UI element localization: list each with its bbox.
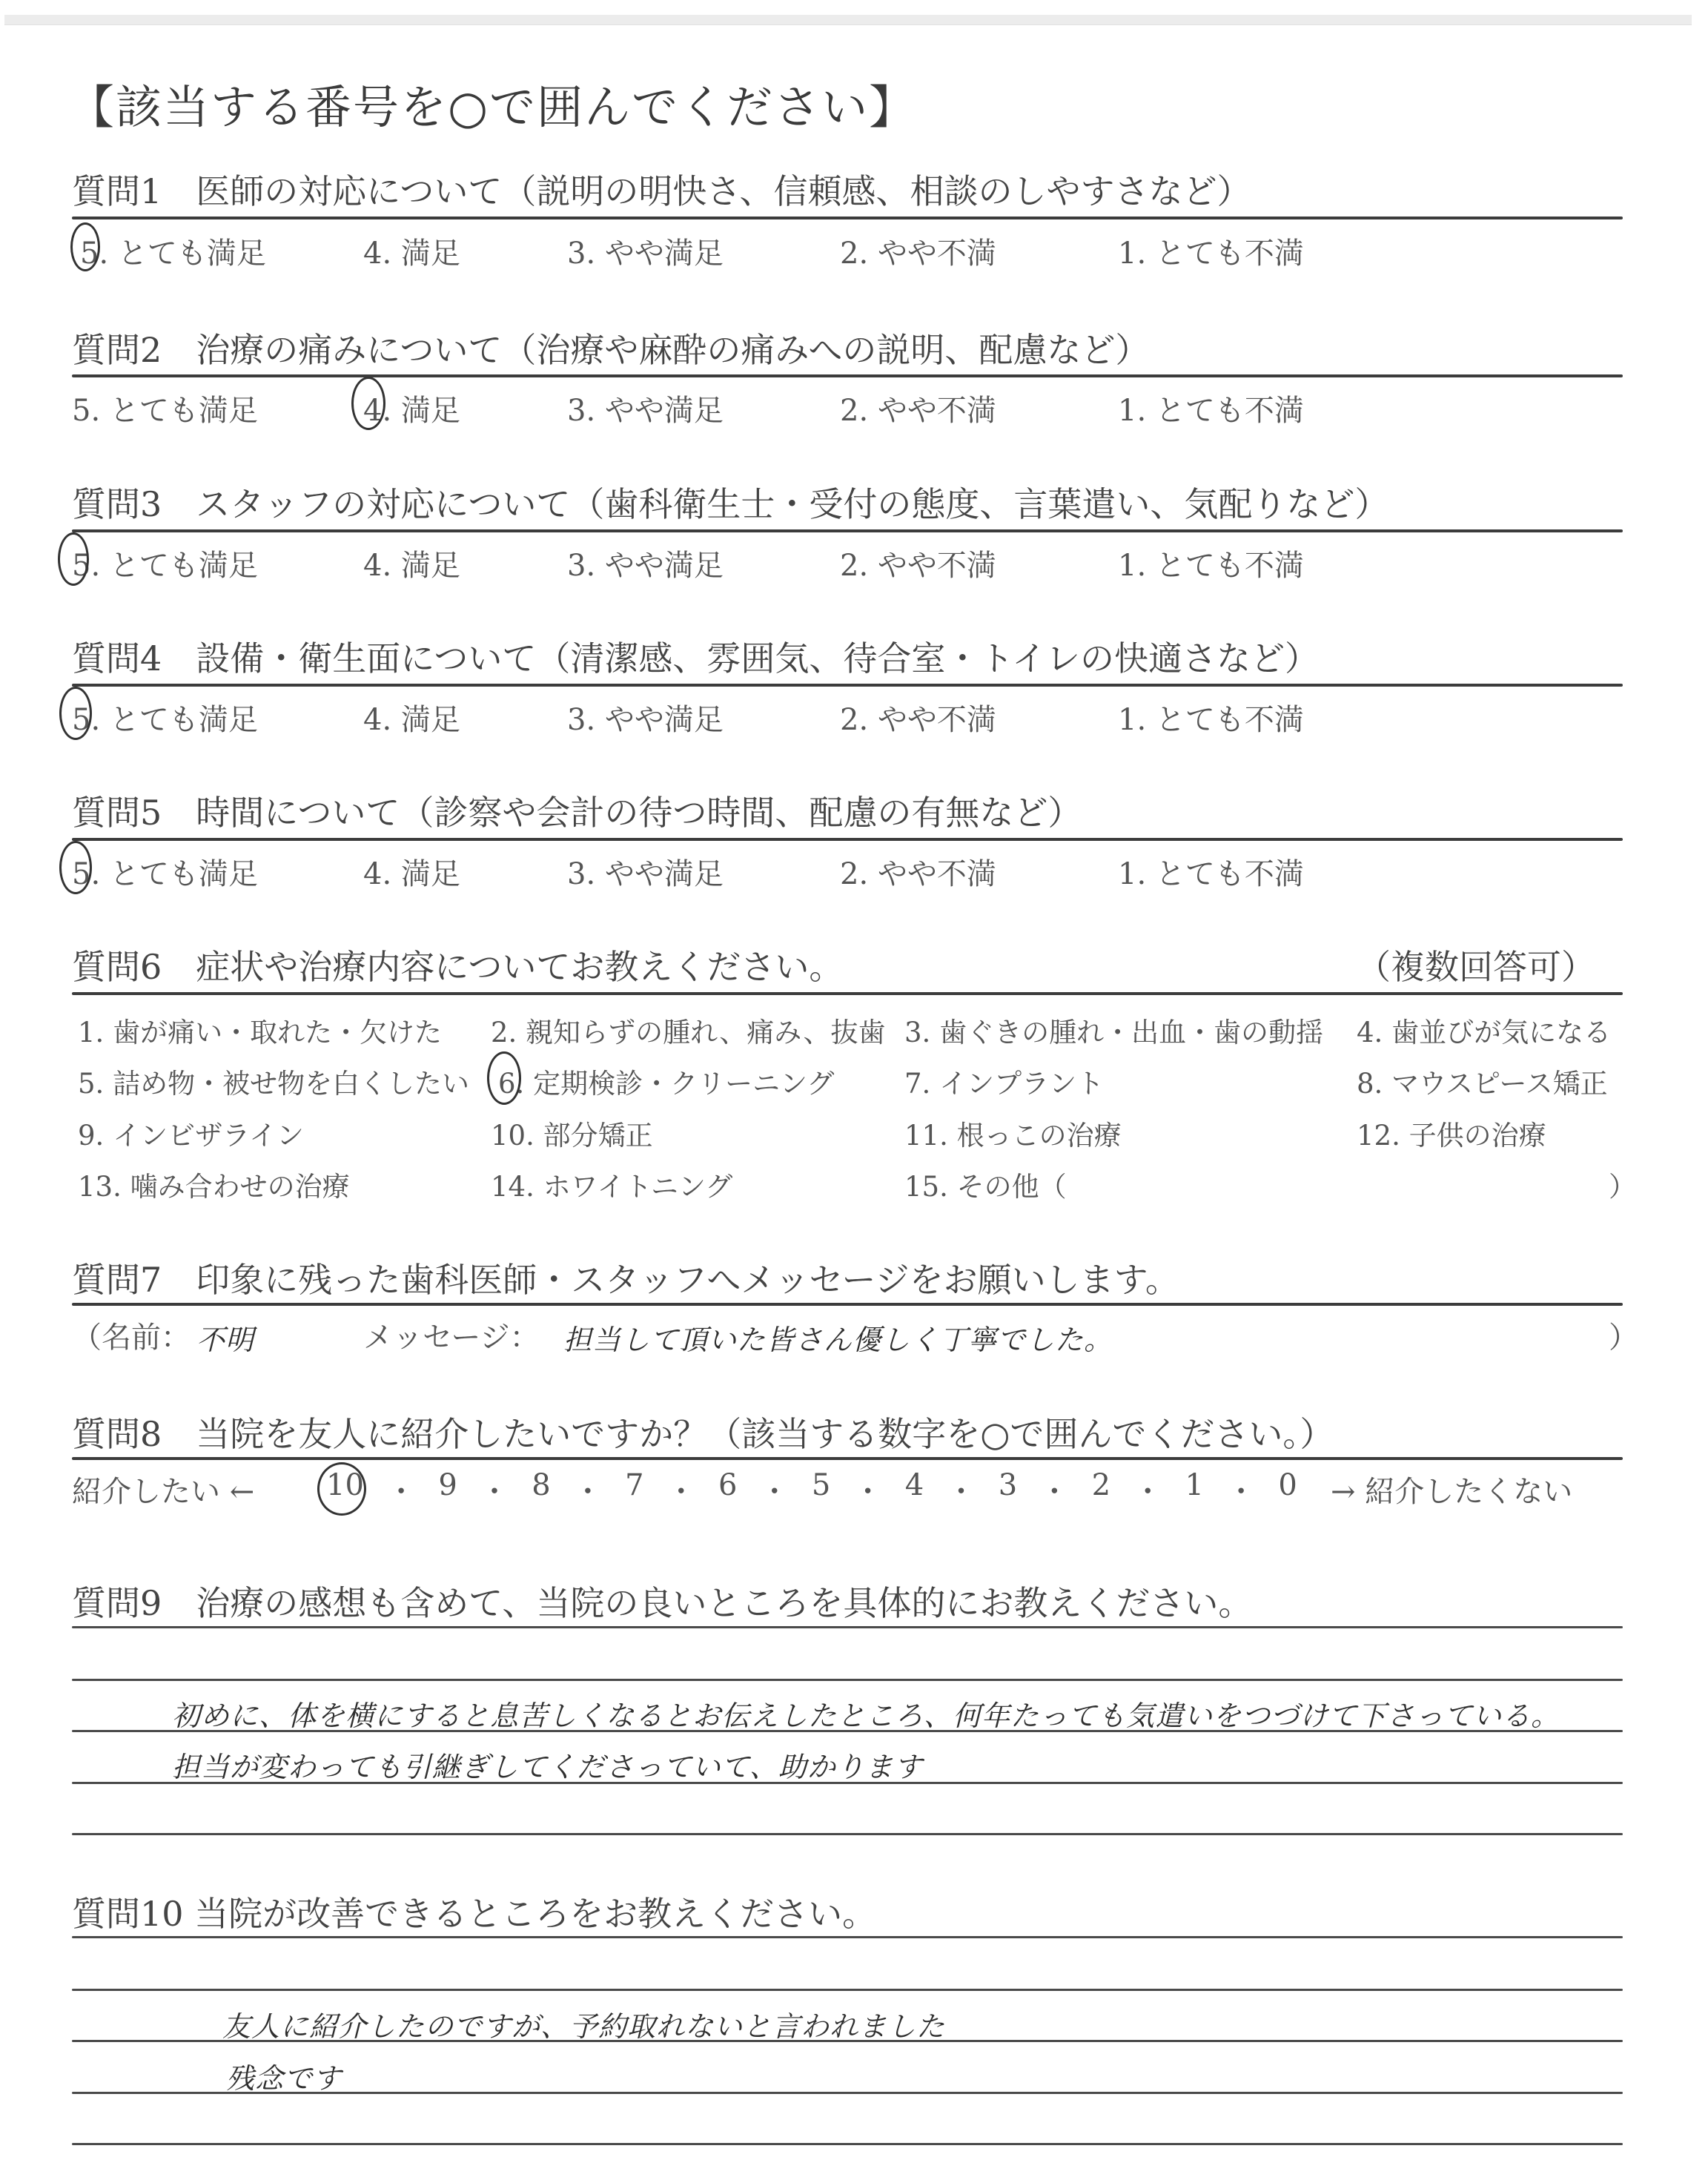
q6-option-3[interactable]: 3. 歯ぐきの腫れ・出血・歯の動揺: [904, 1010, 1323, 1050]
name-label: （名前：: [72, 1314, 191, 1356]
divider: [72, 374, 1623, 377]
scale-dot: ・: [760, 1468, 790, 1510]
question-6-title: 質問6 症状や治療内容についてお教えください。: [72, 940, 843, 989]
q2-option-5[interactable]: 5. とても満足: [72, 387, 258, 429]
answer-line: [72, 1833, 1623, 1835]
scale-2[interactable]: 2: [1092, 1468, 1110, 1510]
q6-option-9[interactable]: 9. インビザライン: [78, 1113, 304, 1153]
divider: [72, 217, 1623, 219]
scan-top-edge: [4, 15, 1692, 25]
divider: [72, 838, 1623, 841]
question-10-title: 質問10 当院が改善できるところをお教えください。: [72, 1887, 876, 1936]
q4-option-4[interactable]: 4. 満足: [363, 696, 460, 739]
name-field[interactable]: 不明: [196, 1317, 254, 1358]
q1-option-3[interactable]: 3. やや満足: [567, 230, 724, 272]
q6-option-6[interactable]: 6. 定期検診・クリーニング: [498, 1061, 834, 1101]
divider: [72, 1303, 1623, 1306]
scale-dot: ・: [386, 1468, 416, 1510]
q6-option-15[interactable]: 15. その他（: [904, 1164, 1067, 1204]
answer-line: [72, 2143, 1623, 2145]
q6-option-7[interactable]: 7. インプラント: [904, 1061, 1104, 1101]
q6-option-13[interactable]: 13. 噛み合わせの治療: [78, 1164, 350, 1204]
q6-option-11[interactable]: 11. 根っこの治療: [904, 1113, 1122, 1153]
divider: [72, 1457, 1623, 1460]
q6-option-2[interactable]: 2. 親知らずの腫れ、痛み、抜歯: [491, 1010, 886, 1050]
question-3-title: 質問3 スタッフの対応について（歯科衛生士・受付の態度、言葉遣い、気配りなど）: [72, 478, 1388, 526]
message-field[interactable]: 担当して頂いた皆さん優しく丁寧でした。: [563, 1317, 1113, 1358]
q3-option-5[interactable]: 5. とても満足: [72, 542, 258, 584]
selected-answer-circle: [487, 1051, 521, 1105]
answer-line: [72, 1782, 1623, 1784]
recommend-scale: 10・ 9・ 8・ 7・ 6・ 5・ 4・ 3・ 2・ 1・ 0: [326, 1468, 1297, 1510]
not-recommend-label: → 紹介したくない: [1331, 1468, 1572, 1510]
scale-6[interactable]: 6: [718, 1468, 737, 1510]
divider: [72, 684, 1623, 687]
q3-option-1[interactable]: 1. とても不満: [1118, 542, 1304, 584]
q1-option-1[interactable]: 1. とても不満: [1118, 230, 1304, 272]
q5-option-4[interactable]: 4. 満足: [363, 851, 460, 893]
scale-dot: ・: [853, 1468, 883, 1510]
page-title: 【該当する番号を○で囲んでください】: [68, 70, 916, 136]
answer-line: [72, 1989, 1623, 1991]
question-8-title: 質問8 当院を友人に紹介したいですか？（該当する数字を○で囲んでください。）: [72, 1407, 1334, 1456]
q6-other-close-paren: ）: [1609, 1164, 1636, 1204]
scale-dot: ・: [573, 1468, 603, 1510]
question-7-title: 質問7 印象に残った歯科医師・スタッフへメッセージをお願いします。: [72, 1253, 1179, 1302]
scale-dot: ・: [1039, 1468, 1069, 1510]
close-paren: ）: [1609, 1314, 1638, 1356]
q3-option-3[interactable]: 3. やや満足: [567, 542, 724, 584]
answer-line: [72, 1626, 1623, 1628]
q4-option-3[interactable]: 3. やや満足: [567, 696, 724, 739]
question-4-title: 質問4 設備・衛生面について（清潔感、雰囲気、待合室・トイレの快適さなど）: [72, 632, 1319, 681]
scale-dot: ・: [1226, 1468, 1256, 1510]
selected-answer-circle: [317, 1462, 366, 1516]
q6-option-4[interactable]: 4. 歯並びが気になる: [1357, 1010, 1611, 1050]
divider: [72, 529, 1623, 532]
scale-1[interactable]: 1: [1185, 1468, 1203, 1510]
scale-dot: ・: [946, 1468, 976, 1510]
recommend-label: 紹介したい ←: [72, 1468, 254, 1510]
q5-option-2[interactable]: 2. やや不満: [840, 851, 996, 893]
selected-answer-circle: [59, 841, 92, 894]
answer-line: [72, 2092, 1623, 2094]
selected-answer-circle: [58, 532, 89, 586]
scale-5[interactable]: 5: [812, 1468, 830, 1510]
q6-option-14[interactable]: 14. ホワイトニング: [491, 1164, 732, 1204]
answer-line: [72, 1936, 1623, 1938]
q6-option-1[interactable]: 1. 歯が痛い・取れた・欠けた: [78, 1010, 442, 1050]
q6-option-12[interactable]: 12. 子供の治療: [1357, 1113, 1546, 1153]
question-2-title: 質問2 治療の痛みについて（治療や麻酔の痛みへの説明、配慮など）: [72, 323, 1149, 372]
scale-dot: ・: [480, 1468, 509, 1510]
selected-answer-circle: [351, 377, 385, 430]
selected-answer-circle: [70, 222, 100, 271]
q6-option-5[interactable]: 5. 詰め物・被せ物を白くしたい: [78, 1061, 469, 1101]
q10-answer-line-2[interactable]: 残念です: [226, 2055, 342, 2096]
q1-option-2[interactable]: 2. やや不満: [840, 230, 996, 272]
scale-3[interactable]: 3: [999, 1468, 1017, 1510]
q3-option-2[interactable]: 2. やや不満: [840, 542, 996, 584]
message-label: メッセージ：: [363, 1314, 540, 1356]
q2-option-1[interactable]: 1. とても不満: [1118, 387, 1304, 429]
q1-option-5[interactable]: 5. とても満足: [80, 230, 266, 272]
q3-option-4[interactable]: 4. 満足: [363, 542, 460, 584]
q4-option-2[interactable]: 2. やや不満: [840, 696, 996, 739]
q6-option-8[interactable]: 8. マウスピース矯正: [1357, 1061, 1608, 1101]
question-9-title: 質問9 治療の感想も含めて、当院の良いところを具体的にお教えください。: [72, 1576, 1252, 1625]
answer-line: [72, 1679, 1623, 1681]
q1-option-4[interactable]: 4. 満足: [363, 230, 460, 272]
scale-7[interactable]: 7: [625, 1468, 643, 1510]
answer-line: [72, 1730, 1623, 1732]
question-1-title: 質問1 医師の対応について（説明の明快さ、信頼感、相談のしやすさなど）: [72, 165, 1251, 214]
selected-answer-circle: [59, 687, 92, 740]
scale-dot: ・: [1133, 1468, 1162, 1510]
question-5-title: 質問5 時間について（診察や会計の待つ時間、配慮の有無など）: [72, 786, 1082, 835]
q9-answer-line-1[interactable]: 初めに、体を横にすると息苦しくなるとお伝えしたところ、何年たっても気遣いをつづけ…: [172, 1693, 1560, 1734]
q10-answer-line-1[interactable]: 友人に紹介したのですが、予約取れないと言われました: [222, 2004, 945, 2044]
scale-dot: ・: [666, 1468, 696, 1510]
scale-9[interactable]: 9: [438, 1468, 457, 1510]
q5-option-1[interactable]: 1. とても不満: [1118, 851, 1304, 893]
q2-option-3[interactable]: 3. やや満足: [567, 387, 724, 429]
q9-answer-line-2[interactable]: 担当が変わっても引継ぎしてくださっていて、助かります: [172, 1744, 923, 1785]
multiple-answers-note: （複数回答可）: [1357, 940, 1595, 989]
scale-4[interactable]: 4: [905, 1468, 924, 1510]
answer-line: [72, 2040, 1623, 2042]
scale-0[interactable]: 0: [1278, 1468, 1297, 1510]
q5-option-5[interactable]: 5. とても満足: [72, 851, 258, 893]
q4-option-5[interactable]: 5. とても満足: [72, 696, 258, 739]
q4-option-1[interactable]: 1. とても不満: [1118, 696, 1304, 739]
divider: [72, 992, 1623, 995]
q6-option-10[interactable]: 10. 部分矯正: [491, 1113, 653, 1153]
q5-option-3[interactable]: 3. やや満足: [567, 851, 724, 893]
q2-option-2[interactable]: 2. やや不満: [840, 387, 996, 429]
scale-8[interactable]: 8: [532, 1468, 550, 1510]
